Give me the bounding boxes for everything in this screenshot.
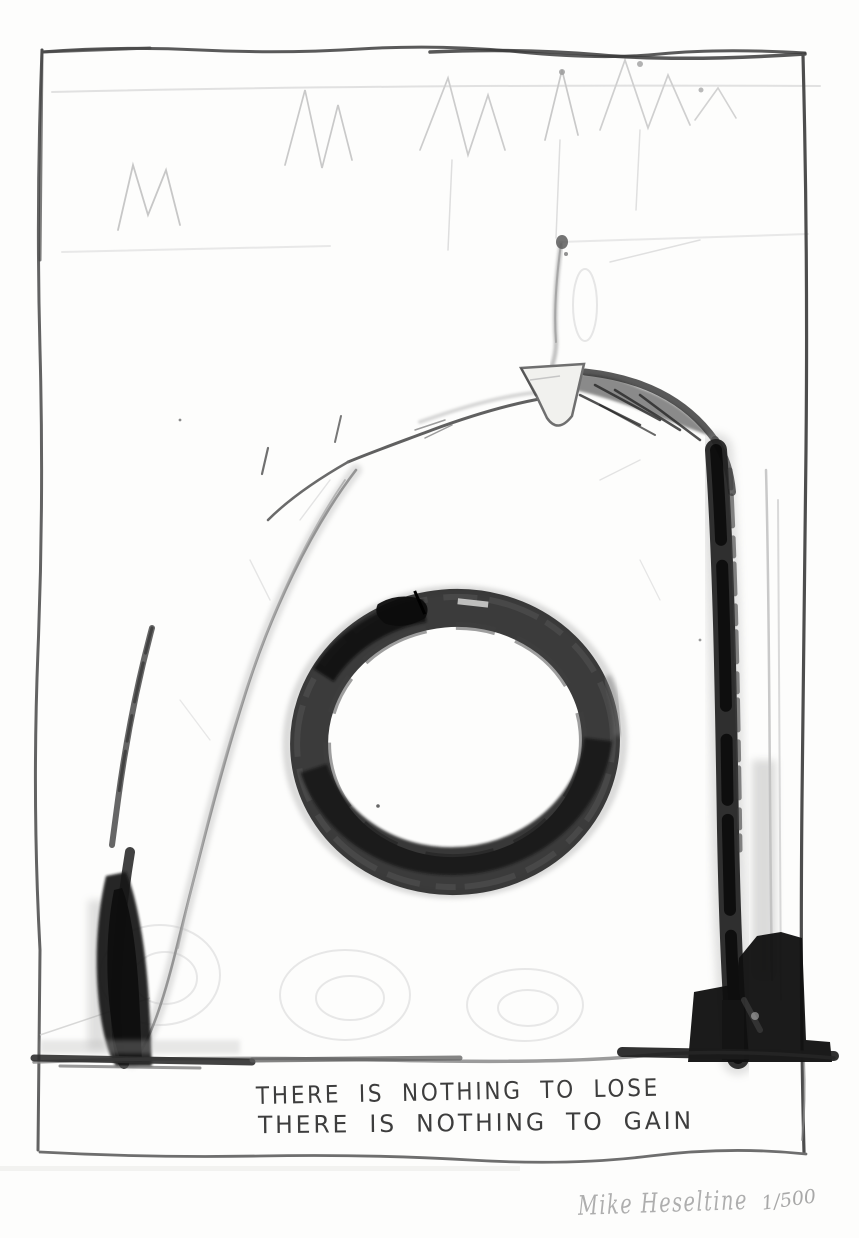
artwork-scan: THERE IS NOTHING TO LOSE THERE IS NOTHIN… — [0, 0, 859, 1238]
artwork-drawing: THERE IS NOTHING TO LOSE THERE IS NOTHIN… — [0, 0, 859, 1238]
caption-line-2: THERE IS NOTHING TO GAIN — [257, 1107, 694, 1140]
artist-signature: Mike Heseltine — [577, 1185, 749, 1222]
sheet-edge-shadow — [0, 1166, 520, 1171]
